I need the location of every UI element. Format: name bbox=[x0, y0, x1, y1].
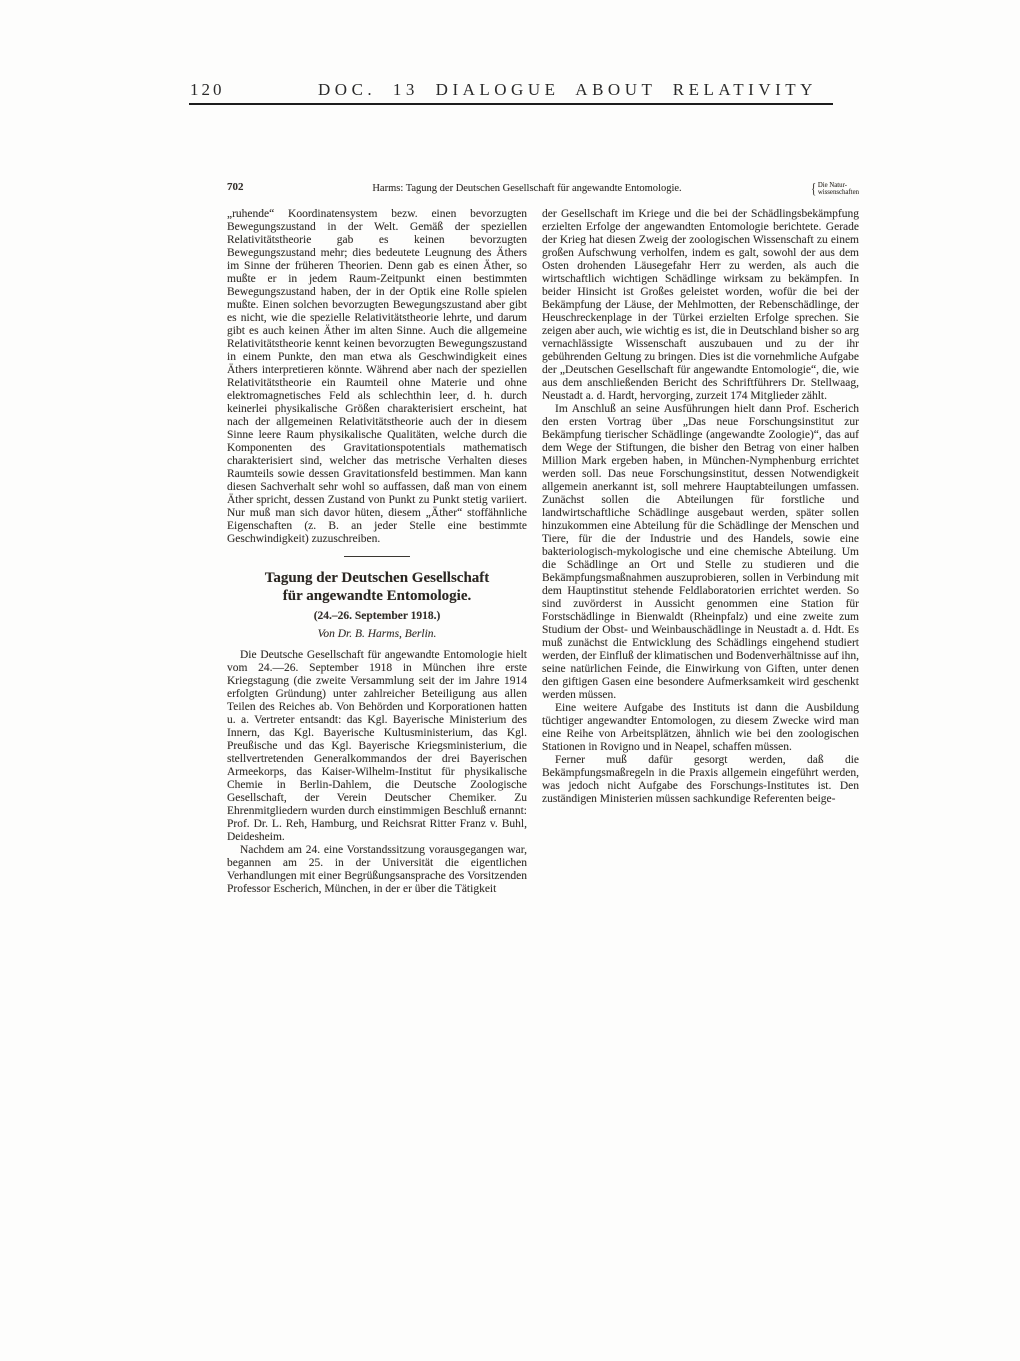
paragraph: der Gesellschaft im Kriege und die bei d… bbox=[542, 208, 859, 403]
bracket-glyph: { bbox=[811, 182, 816, 196]
paragraph: Im Anschluß an seine Ausführungen hielt … bbox=[542, 403, 859, 702]
paragraph: Nachdem am 24. eine Vorstandssitzung vor… bbox=[227, 844, 527, 896]
article-title: Tagung der Deutschen Gesellschaft für an… bbox=[227, 569, 527, 605]
journal-facsimile: 702 Harms: Tagung der Deutschen Gesellsc… bbox=[227, 182, 859, 896]
journal-page-header: 702 Harms: Tagung der Deutschen Gesellsc… bbox=[227, 182, 859, 196]
paragraph: Die Deutsche Gesellschaft für angewandte… bbox=[227, 649, 527, 844]
paragraph-relativity-continuation: „ruhende“ Koordinatensystem bezw. einen … bbox=[227, 208, 527, 546]
book-page-number: 120 bbox=[190, 80, 302, 100]
right-column: der Gesellschaft im Kriege und die bei d… bbox=[542, 208, 859, 896]
journal-running-title: Harms: Tagung der Deutschen Gesellschaft… bbox=[273, 182, 781, 194]
journal-name-lines: Die Natur- wissenschaften bbox=[818, 182, 859, 196]
paragraph: Eine weitere Aufgabe des Instituts ist d… bbox=[542, 702, 859, 754]
article-byline: Von Dr. B. Harms, Berlin. bbox=[227, 628, 527, 641]
scanned-book-page: 120 DOC. 13 DIALOGUE ABOUT RELATIVITY 70… bbox=[0, 0, 1020, 1361]
book-title: DOC. 13 DIALOGUE ABOUT RELATIVITY bbox=[302, 80, 833, 100]
article-title-line2: für angewandte Entomologie. bbox=[227, 587, 527, 605]
journal-page-number: 702 bbox=[227, 182, 273, 193]
two-column-text: „ruhende“ Koordinatensystem bezw. einen … bbox=[227, 208, 859, 896]
article-date: (24.–26. September 1918.) bbox=[227, 610, 527, 623]
paragraph: Ferner muß dafür gesorgt werden, daß die… bbox=[542, 754, 859, 806]
section-divider-rule bbox=[344, 556, 410, 557]
article-title-line1: Tagung der Deutschen Gesellschaft bbox=[227, 569, 527, 587]
left-column: „ruhende“ Koordinatensystem bezw. einen … bbox=[227, 208, 527, 896]
header-rule bbox=[189, 103, 833, 105]
book-header: 120 DOC. 13 DIALOGUE ABOUT RELATIVITY bbox=[190, 80, 833, 100]
journal-name: { Die Natur- wissenschaften bbox=[781, 182, 859, 196]
article-heading: Tagung der Deutschen Gesellschaft für an… bbox=[227, 569, 527, 641]
journal-name-line2: wissenschaften bbox=[818, 189, 859, 196]
